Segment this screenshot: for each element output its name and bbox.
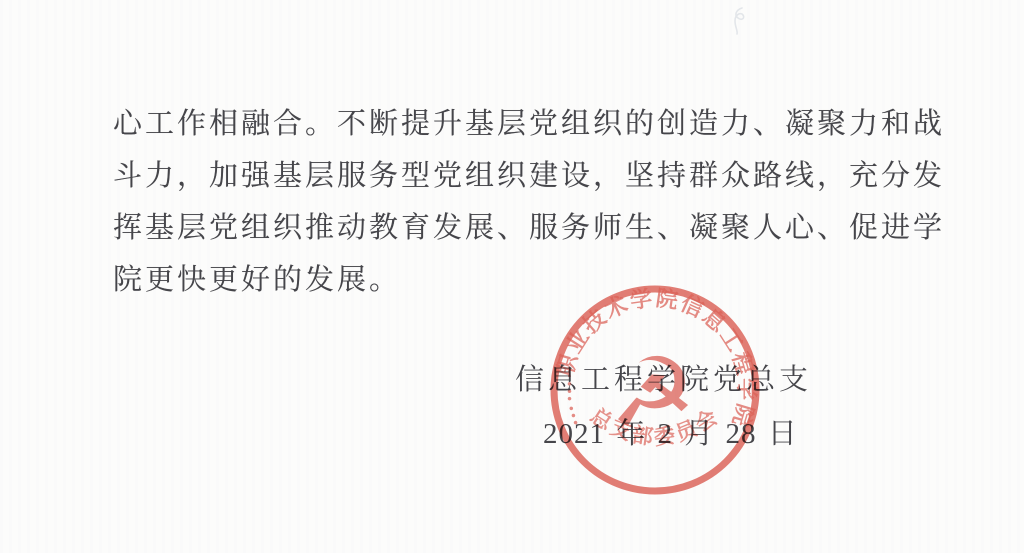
scan-curl-mark [726,6,752,36]
body-line-2: 斗力，加强基层服务型党组织建设，坚持群众路线，充分发 [113,150,973,202]
body-line-4: 院更快更好的发展。 [113,254,973,306]
body-text: 心工作相融合。不断提升基层党组织的创造力、凝聚力和战 斗力，加强基层服务型党组织… [113,98,973,306]
stamp-arc-text: ……职业技术学院信息工程学院 [551,285,759,431]
body-line-3: 挥基层党组织推动教育发展、服务师生、凝聚人心、促进学 [113,202,973,254]
signature-line: 信息工程学院党总支 [515,363,812,397]
svg-text:……职业技术学院信息工程学院: ……职业技术学院信息工程学院 [551,285,759,431]
body-line-1: 心工作相融合。不断提升基层党组织的创造力、凝聚力和战 [113,98,973,150]
document-page: 心工作相融合。不断提升基层党组织的创造力、凝聚力和战 斗力，加强基层服务型党组织… [0,0,1024,553]
date-line: 2021 年 2 月 28 日 [543,417,798,451]
